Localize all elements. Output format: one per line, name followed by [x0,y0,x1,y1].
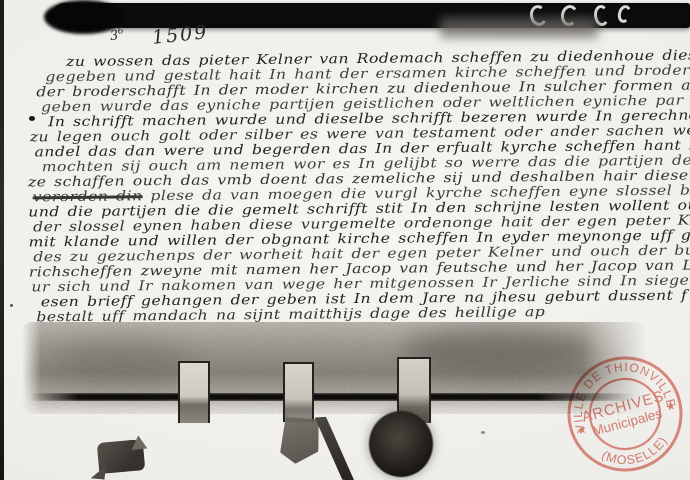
archival-notation: 36 [109,26,125,44]
seal-tag-tail [279,417,320,466]
emulsion-scratch [560,4,580,27]
ink-speck [481,431,485,434]
wax-seal [369,411,433,477]
manuscript-text-block: zu wossen das pieter Kelner van Rodemach… [27,49,690,326]
emulsion-scratch [616,4,633,25]
seal-tag [283,362,314,422]
seal-tag-tail [312,413,356,480]
seal-tag [178,361,210,423]
archives-stamp: VILLE DE THIONVILLE (MOSELLE) ARCHIVES M… [563,352,687,476]
emulsion-scratch [528,3,549,27]
top-ink-smudge [52,3,690,28]
photo-left-edge [0,0,4,480]
fold-crease [30,393,634,401]
notation-sup: 6 [117,26,124,37]
ink-blot [97,439,146,474]
emulsion-scratch [593,4,610,26]
archival-photograph: 36 1509 zu wossen das pieter Kelner van … [0,0,690,480]
year-annotation: 1509 [151,21,209,49]
ink-speck [10,304,13,307]
manuscript-lines: zu wossen das pieter Kelner van Rodemach… [27,49,690,326]
